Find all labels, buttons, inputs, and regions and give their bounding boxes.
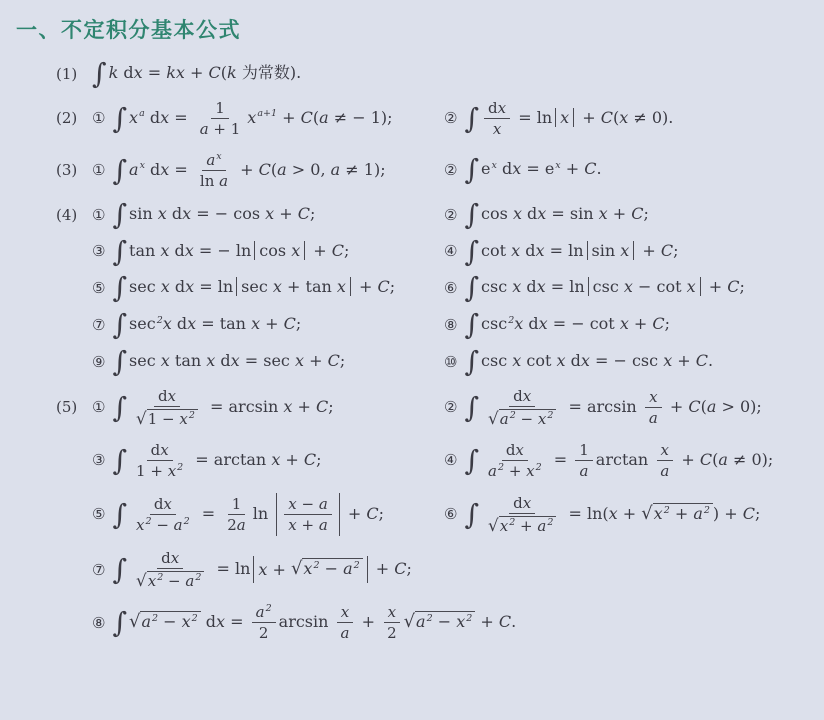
- integral-sign: ∫: [112, 498, 127, 531]
- circled-index: ②: [444, 398, 457, 416]
- math-text: d: [161, 549, 171, 567]
- math-text: tan: [129, 241, 160, 260]
- math-variable: x: [456, 612, 465, 631]
- math-text: +: [577, 108, 601, 127]
- math-variable: x: [247, 108, 256, 127]
- math-variable: a: [649, 409, 658, 427]
- circled-index: ⑥: [444, 505, 457, 523]
- integral-sign: ∫: [464, 198, 479, 231]
- fraction-denominator: √a2 − x2: [484, 407, 560, 428]
- circled-index: ⑧: [444, 316, 457, 334]
- math-text: = sin: [546, 204, 598, 223]
- superscript: 2: [536, 462, 542, 473]
- radicand: a2 − x2: [140, 611, 200, 631]
- fraction-numerator: dx: [150, 495, 176, 515]
- math-text: ;: [344, 241, 349, 260]
- formula: ∫dx√a2 − x2 = arcsin xa + C(a > 0);: [464, 387, 761, 428]
- math-text: +: [618, 504, 642, 523]
- math-variable: x: [295, 351, 304, 370]
- math-text: +: [676, 450, 700, 469]
- math-variable: C: [601, 108, 613, 127]
- math-text: d: [521, 277, 536, 296]
- integral-sign: ∫: [464, 345, 479, 378]
- formula: ∫sec x tan x dx = sec x + C;: [112, 350, 345, 374]
- math-text: ≠ 1);: [340, 160, 385, 179]
- math-variable: x: [523, 387, 531, 405]
- math-variable: C: [688, 397, 700, 416]
- math-variable: C: [631, 204, 643, 223]
- formula: ∫dxx = lnx + C(x ≠ 0).: [464, 99, 673, 138]
- math-variable: k: [109, 63, 119, 82]
- math-text: arctan: [596, 450, 654, 469]
- formula-item: ⑧∫√a2 − x2 dx = a22arcsin xa + x2√a2 − x…: [92, 603, 812, 642]
- math-text: = ln: [545, 241, 584, 260]
- fraction-numerator: a2: [252, 603, 276, 623]
- math-variable: x: [271, 450, 280, 469]
- math-text: + 1: [209, 120, 241, 138]
- math-variable: x: [512, 351, 521, 370]
- math-variable: x: [179, 410, 187, 428]
- integral-sign: ∫: [464, 308, 479, 341]
- absolute-value: sin x: [587, 241, 635, 260]
- math-variable: kx: [166, 63, 185, 82]
- formula-item: ④∫dxa2 + x2 = 1aarctan xa + C(a ≠ 0);: [444, 441, 812, 480]
- formula: ∫k dx = kx + C(k 为常数).: [92, 62, 301, 86]
- fraction-numerator: x: [337, 603, 353, 623]
- math-variable: x: [539, 314, 548, 333]
- math-variable: x: [288, 516, 296, 534]
- math-variable: C: [700, 450, 712, 469]
- formula-row: (5)①∫dx√1 − x2 = arcsin x + C;②∫dx√a2 − …: [56, 387, 812, 428]
- formula: ∫ex dx = ex + C.: [464, 158, 601, 182]
- radical-sign: √: [129, 611, 140, 632]
- fraction: dx1 + x2: [132, 441, 187, 480]
- circled-index: ⑨: [92, 353, 105, 371]
- math-variable: x: [526, 462, 534, 480]
- fraction-denominator: ln a: [196, 171, 232, 190]
- math-variable: x: [206, 351, 215, 370]
- math-text: csc: [593, 277, 624, 296]
- math-variable: x: [609, 504, 618, 523]
- math-variable: x: [493, 120, 501, 138]
- math-variable: x: [288, 495, 296, 513]
- absolute-value: x − ax + a: [276, 493, 340, 536]
- formula: ∫csc2x dx = − cot x + C;: [464, 313, 670, 337]
- fraction: x2: [383, 603, 401, 642]
- radical-sign: √: [136, 408, 147, 428]
- fraction-denominator: x: [489, 119, 505, 138]
- math-text: ;: [755, 504, 760, 523]
- formula-row: (1)∫k dx = kx + C(k 为常数).: [56, 62, 812, 86]
- formula-item: ⑤∫sec x dx = lnsec x + tan x + C;: [92, 276, 444, 300]
- formula-item: ③∫dx1 + x2 = arctan x + C;: [92, 441, 444, 480]
- math-text: = ln: [194, 277, 233, 296]
- math-variable: a: [206, 151, 215, 169]
- math-variable: x: [538, 410, 546, 428]
- math-variable: a: [277, 160, 287, 179]
- math-variable: a: [319, 108, 329, 127]
- math-text: ≠ − 1);: [329, 108, 393, 127]
- fraction: dx√a2 − x2: [484, 387, 560, 428]
- math-text: + tan: [282, 277, 337, 296]
- math-text: = arctan: [190, 450, 271, 469]
- math-variable: x: [512, 159, 521, 178]
- fraction: a22: [252, 603, 276, 642]
- formula-row: ③∫dx1 + x2 = arctan x + C;④∫dxa2 + x2 = …: [56, 441, 812, 480]
- circled-index: ③: [92, 242, 105, 260]
- math-variable: x: [511, 241, 520, 260]
- math-text: d: [201, 612, 216, 631]
- math-text: d: [488, 99, 498, 117]
- formula: ∫csc x dx = lncsc x − cot x + C;: [464, 276, 744, 300]
- circled-index: ⑩: [444, 353, 457, 371]
- math-text: d: [172, 314, 187, 333]
- formula-row: ⑤∫sec x dx = lnsec x + tan x + C;⑥∫csc x…: [56, 276, 812, 300]
- square-root: √a2 − x2: [488, 410, 556, 428]
- math-variable: x: [158, 204, 167, 223]
- math-variable: C: [499, 612, 511, 631]
- circled-index: ①: [92, 161, 105, 179]
- math-variable: a: [319, 516, 328, 534]
- math-text: −: [158, 612, 182, 631]
- square-root: √x2 + a2: [488, 517, 556, 535]
- math-variable: C: [584, 159, 596, 178]
- radicand: a2 − x2: [499, 409, 557, 428]
- integral-sign: ∫: [112, 271, 127, 304]
- math-text: d: [167, 204, 182, 223]
- math-text: 1: [232, 495, 242, 513]
- math-text: ) +: [713, 504, 743, 523]
- math-text: csc: [481, 351, 512, 370]
- superscript: 2: [195, 572, 201, 583]
- math-variable: x: [500, 517, 508, 535]
- formula: ∫tan x dx = − lncos x + C;: [112, 240, 349, 264]
- math-variable: x: [649, 388, 657, 406]
- formula-item: ②∫dx√a2 − x2 = arcsin xa + C(a > 0);: [444, 387, 812, 428]
- math-text: =: [225, 612, 249, 631]
- square-root: √1 − x2: [136, 410, 198, 428]
- formula: ∫sec2x dx = tan x + C;: [112, 313, 301, 337]
- math-variable: x: [560, 108, 569, 127]
- math-variable: x: [168, 462, 176, 480]
- integral-sign: ∫: [464, 498, 479, 531]
- math-variable: a: [200, 120, 209, 138]
- formula-item: ⑧∫csc2x dx = − cot x + C;: [444, 313, 812, 337]
- fraction-denominator: a2 + x2: [484, 461, 546, 480]
- math-variable: C: [332, 241, 344, 260]
- radical-sign: √: [641, 503, 652, 524]
- fraction-numerator: ax: [202, 151, 225, 171]
- math-text: =: [549, 450, 573, 469]
- math-variable: a: [331, 160, 341, 179]
- math-text: +: [672, 351, 696, 370]
- integral-sign: ∫: [464, 391, 479, 424]
- fraction-numerator: dx: [484, 99, 510, 119]
- fraction: dxx: [484, 99, 510, 138]
- math-text: 1: [215, 99, 225, 117]
- circled-index: ⑦: [92, 316, 105, 334]
- formula-item: ①∫xa dx = 1a + 1xa+1 + C(a ≠ − 1);: [92, 99, 444, 138]
- math-text: = tan: [196, 314, 251, 333]
- integral-sign: ∫: [92, 57, 107, 90]
- math-variable: x: [185, 277, 194, 296]
- fraction-denominator: a: [337, 623, 354, 642]
- math-variable: C: [301, 108, 313, 127]
- math-variable: x: [515, 441, 523, 459]
- math-variable: a: [343, 559, 353, 578]
- circled-index: ②: [444, 161, 457, 179]
- formula-item: ②∫dxx = lnx + C(x ≠ 0).: [444, 99, 812, 138]
- integral-sign: ∫: [112, 198, 127, 231]
- math-variable: x: [337, 277, 346, 296]
- math-text: ;: [340, 351, 345, 370]
- math-text: d: [154, 495, 164, 513]
- circled-index: ④: [444, 451, 457, 469]
- math-variable: x: [654, 504, 663, 523]
- math-variable: x: [187, 314, 196, 333]
- math-variable: C: [366, 504, 378, 523]
- fraction-numerator: 1: [211, 99, 229, 119]
- math-text: 2: [259, 624, 269, 642]
- math-text: sec: [129, 314, 156, 333]
- square-root: √x2 − a2: [136, 572, 204, 590]
- formula: ∫sin x dx = − cos x + C;: [112, 203, 315, 227]
- math-text: = − cot: [548, 314, 620, 333]
- math-variable: x: [160, 160, 169, 179]
- math-text: = sec: [240, 351, 295, 370]
- fraction-denominator: x2 − a2: [132, 515, 194, 534]
- formula-row: ⑦∫sec2x dx = tan x + C;⑧∫csc2x dx = − co…: [56, 313, 812, 337]
- square-root: √x2 − a2: [291, 558, 363, 580]
- math-variable: x: [163, 495, 171, 513]
- math-text: −: [433, 612, 457, 631]
- math-text: d: [145, 160, 160, 179]
- math-variable: a: [660, 462, 669, 480]
- formula: ∫dx1 + x2 = arctan x + C;: [112, 441, 321, 480]
- math-variable: x: [160, 441, 168, 459]
- math-text: 2: [227, 516, 237, 534]
- math-text: = e: [521, 159, 554, 178]
- math-variable: C: [209, 63, 221, 82]
- math-text: +: [356, 612, 380, 631]
- math-variable: x: [512, 277, 521, 296]
- formula-list: (1)∫k dx = kx + C(k 为常数).(2)①∫xa dx = 1a…: [16, 62, 812, 642]
- math-variable: C: [304, 450, 316, 469]
- math-text: +: [267, 560, 291, 580]
- math-variable: C: [696, 351, 708, 370]
- integral-sign: ∫: [112, 606, 127, 639]
- math-variable: x: [624, 277, 633, 296]
- fraction-numerator: dx: [509, 387, 535, 407]
- math-text: d: [151, 441, 161, 459]
- fraction-numerator: 1: [228, 495, 246, 515]
- radicand: x2 − a2: [302, 558, 362, 578]
- math-variable: x: [536, 241, 545, 260]
- formula-item: ②∫ex dx = ex + C.: [444, 158, 812, 182]
- math-text: +: [371, 559, 395, 578]
- circled-index: ③: [92, 451, 105, 469]
- math-text: sec: [129, 277, 161, 296]
- integral-sign: ∫: [464, 271, 479, 304]
- math-text: ;: [316, 450, 321, 469]
- fraction: xa: [656, 441, 673, 480]
- math-text: +: [608, 204, 632, 223]
- math-text: 为常数).: [237, 63, 301, 82]
- math-text: +: [629, 314, 653, 333]
- math-variable: x: [341, 603, 349, 621]
- math-text: d: [513, 387, 523, 405]
- fraction-denominator: √1 − x2: [132, 407, 202, 428]
- math-variable: x: [620, 241, 629, 260]
- math-text: d: [566, 351, 581, 370]
- math-text: d: [215, 351, 230, 370]
- math-variable: a: [537, 517, 546, 535]
- fraction-denominator: 1 + x2: [132, 461, 187, 480]
- absolute-value: x: [555, 108, 574, 127]
- fraction-denominator: 2: [255, 623, 273, 642]
- item-number: (5): [56, 398, 92, 416]
- math-text: sec: [129, 351, 161, 370]
- math-variable: x: [265, 204, 274, 223]
- math-text: d: [522, 204, 537, 223]
- formula-item: ①∫ax dx = axln a + C(a > 0, a ≠ 1);: [92, 151, 444, 190]
- math-text: +: [304, 351, 328, 370]
- math-variable: a: [500, 410, 509, 428]
- math-variable: C: [259, 160, 271, 179]
- math-text: ln: [200, 172, 219, 190]
- formula: ∫sec x dx = lnsec x + tan x + C;: [112, 276, 395, 300]
- math-variable: C: [743, 504, 755, 523]
- math-variable: x: [619, 108, 628, 127]
- fraction-denominator: 2a: [223, 515, 250, 534]
- radical-sign: √: [488, 408, 499, 428]
- math-text: d: [158, 387, 168, 405]
- textbook-page: 一、不定积分基本公式 (1)∫k dx = kx + C(k 为常数).(2)①…: [0, 0, 824, 642]
- item-number: (2): [56, 109, 92, 127]
- math-text: d: [145, 108, 160, 127]
- radical-sign: √: [404, 611, 415, 632]
- math-variable: C: [661, 241, 673, 260]
- superscript: 2: [354, 560, 360, 571]
- math-text: ;: [310, 204, 315, 223]
- superscript: x: [216, 151, 221, 162]
- math-text: sec: [241, 277, 273, 296]
- math-variable: C: [316, 397, 328, 416]
- fraction-denominator: a + 1: [196, 119, 245, 138]
- math-text: ;: [379, 504, 384, 523]
- fraction: xa: [337, 603, 354, 642]
- math-text: +: [515, 517, 537, 535]
- math-variable: x: [136, 516, 144, 534]
- math-text: sin: [129, 204, 158, 223]
- circled-index: ②: [444, 109, 457, 127]
- integral-sign: ∫: [112, 444, 127, 477]
- math-text: =: [197, 504, 221, 523]
- radicand: x2 + a2: [653, 503, 713, 523]
- math-variable: x: [148, 572, 156, 590]
- absolute-value: x + √x2 − a2: [253, 556, 367, 582]
- formula-item: ⑩∫csc x cot x dx = − csc x + C.: [444, 350, 812, 374]
- math-variable: C: [298, 204, 310, 223]
- square-root: √x2 + a2: [641, 504, 713, 523]
- math-text: ;: [406, 559, 411, 578]
- formula-row: ③∫tan x dx = − lncos x + C;④∫cot x dx = …: [56, 240, 812, 264]
- math-text: −: [297, 495, 319, 513]
- circled-index: ②: [444, 206, 457, 224]
- math-variable: a: [341, 624, 350, 642]
- math-text: csc: [481, 277, 512, 296]
- formula-item: ⑥∫csc x dx = lncsc x − cot x + C;: [444, 276, 812, 300]
- formula-item: ⑨∫sec x tan x dx = sec x + C;: [92, 350, 444, 374]
- radical-sign: √: [291, 558, 302, 579]
- math-variable: C: [328, 351, 340, 370]
- math-variable: a: [141, 612, 151, 631]
- math-text: ;: [739, 277, 744, 296]
- fraction-numerator: dx: [509, 494, 535, 514]
- math-text: ;: [296, 314, 301, 333]
- absolute-value: sec x + tan x: [236, 277, 351, 296]
- math-text: +: [637, 241, 661, 260]
- formula: ∫dx√1 − x2 = arcsin x + C;: [112, 387, 333, 428]
- math-variable: a: [129, 160, 139, 179]
- math-variable: x: [171, 549, 179, 567]
- math-text: +: [185, 63, 209, 82]
- math-text: +: [665, 397, 689, 416]
- superscript: 2: [466, 613, 472, 624]
- formula-item: ⑥∫dx√x2 + a2 = ln(x + √x2 + a2) + C;: [444, 494, 812, 535]
- formula: ∫cos x dx = sin x + C;: [464, 203, 648, 227]
- superscript: 2: [547, 517, 553, 528]
- formula-row: (4)①∫sin x dx = − cos x + C;②∫cos x dx =…: [56, 203, 812, 227]
- fraction-denominator: √x2 − a2: [132, 569, 208, 590]
- fraction: axln a: [196, 151, 232, 190]
- formula-row: ⑦∫dx√x2 − a2 = lnx + √x2 − a2 + C;: [56, 549, 812, 590]
- math-variable: C: [377, 277, 389, 296]
- math-text: d: [118, 63, 133, 82]
- fraction: x − ax + a: [284, 495, 332, 534]
- math-text: =: [169, 108, 193, 127]
- circled-index: ①: [92, 398, 105, 416]
- math-text: d: [506, 441, 516, 459]
- math-text: = ln: [211, 559, 250, 578]
- fraction-denominator: x + a: [284, 515, 332, 534]
- math-variable: k: [227, 63, 237, 82]
- math-variable: C: [727, 277, 739, 296]
- superscript: 2: [177, 462, 183, 473]
- math-text: .: [708, 351, 713, 370]
- fraction-denominator: a: [576, 461, 593, 480]
- math-variable: x: [216, 612, 225, 631]
- formula: ∫xa dx = 1a + 1xa+1 + C(a ≠ − 1);: [112, 99, 392, 138]
- math-variable: C: [652, 314, 664, 333]
- math-text: > 0);: [716, 397, 761, 416]
- circled-index: ⑧: [92, 614, 105, 632]
- math-text: ;: [328, 397, 333, 416]
- math-variable: x: [537, 277, 546, 296]
- math-text: .: [596, 159, 601, 178]
- math-text: > 0,: [287, 160, 331, 179]
- superscript: 2: [547, 410, 553, 421]
- math-variable: x: [514, 314, 523, 333]
- absolute-value: cos x: [254, 241, 305, 260]
- math-text: cot: [481, 241, 511, 260]
- math-variable: x: [182, 612, 191, 631]
- math-variable: x: [661, 441, 669, 459]
- math-text: ≠ 0).: [628, 108, 673, 127]
- formula-item: ⑤∫dxx2 − a2 = 12aln x − ax + a + C;: [92, 493, 444, 536]
- math-variable: x: [231, 351, 240, 370]
- math-variable: a: [693, 504, 703, 523]
